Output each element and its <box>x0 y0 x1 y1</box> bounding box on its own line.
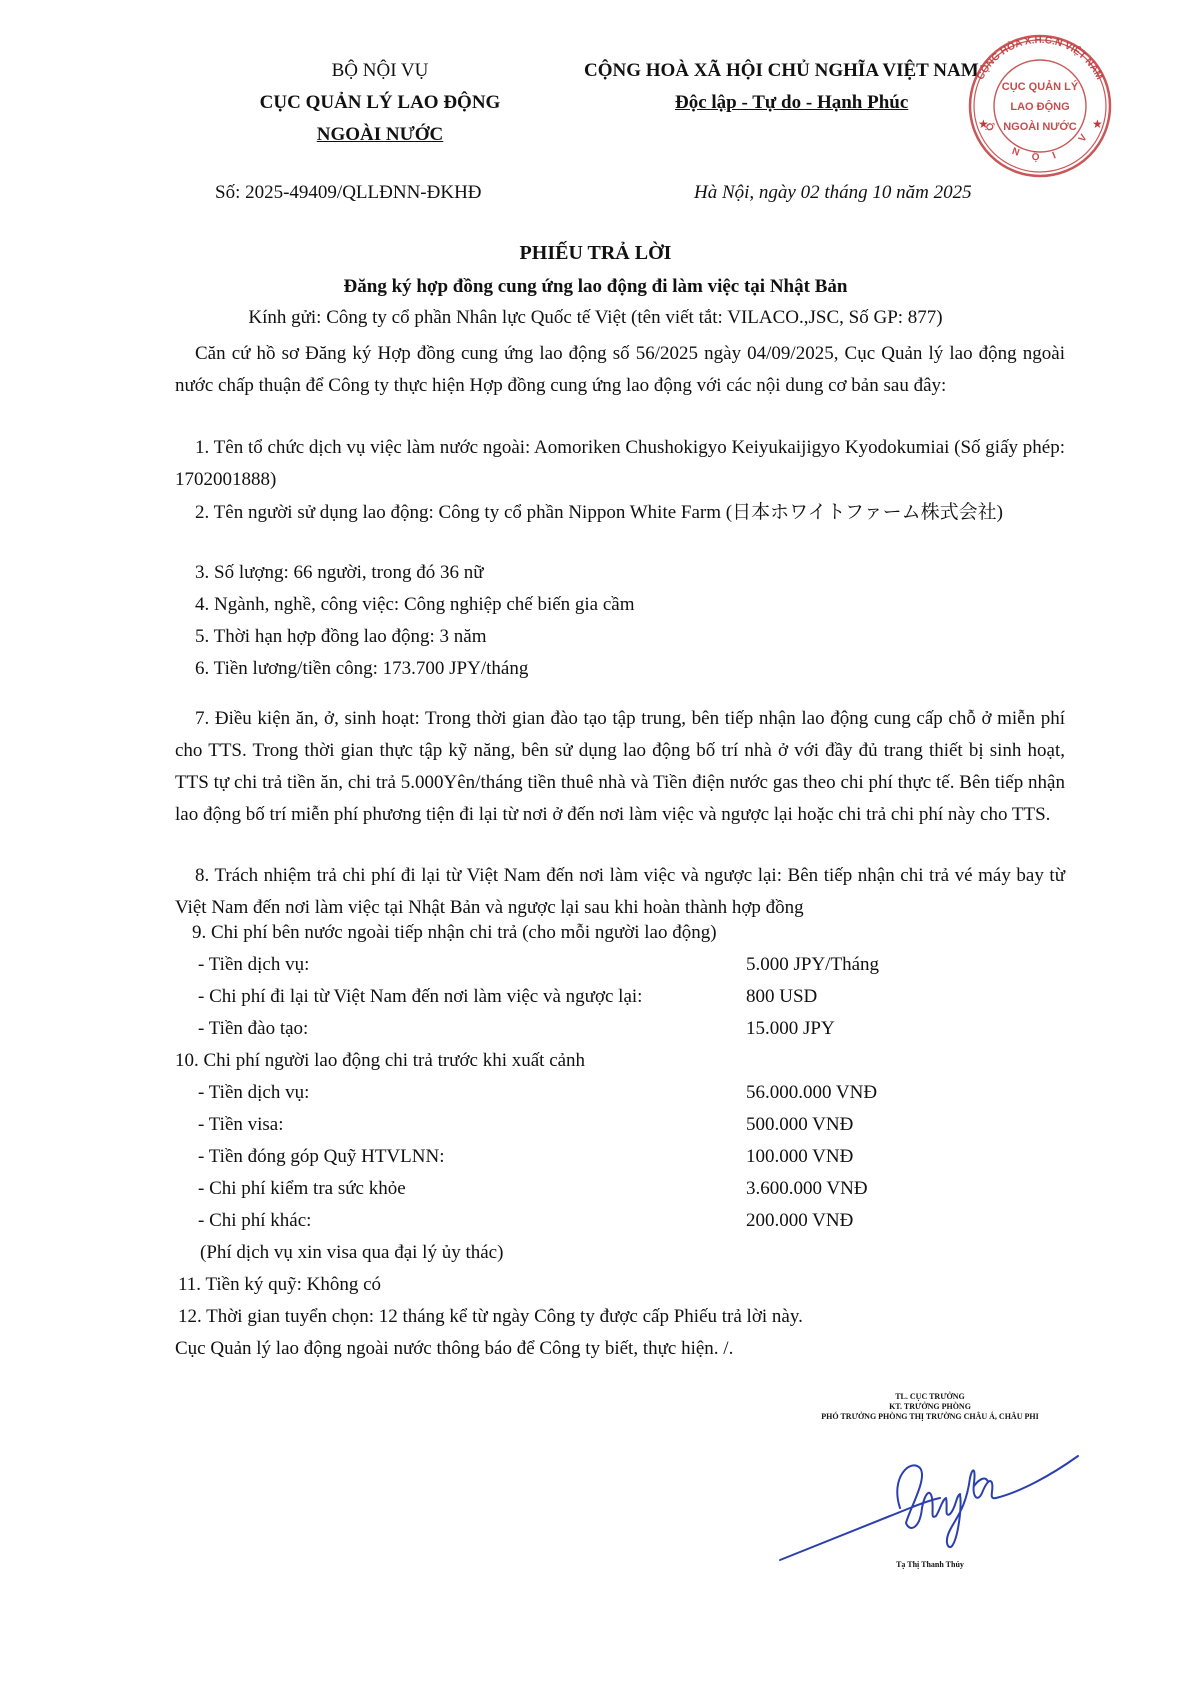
cost-label: - Chi phí khác: <box>198 1210 311 1232</box>
signature-scribble-icon <box>760 1438 1080 1568</box>
document-date: Hà Nội, ngày 02 tháng 10 năm 2025 <box>694 182 972 204</box>
document-title: PHIẾU TRẢ LỜI <box>0 242 1191 265</box>
item-10-heading: 10. Chi phí người lao động chi trả trước… <box>175 1050 585 1072</box>
cost-value: 800 USD <box>746 986 817 1008</box>
cost-value: 56.000.000 VNĐ <box>746 1082 877 1104</box>
item-1-foreign-organization: 1. Tên tổ chức dịch vụ việc làm nước ngo… <box>175 432 1065 496</box>
item-12-selection-period: 12. Thời gian tuyển chọn: 12 tháng kể từ… <box>178 1306 803 1328</box>
national-motto: Độc lập - Tự do - Hạnh Phúc <box>675 92 908 114</box>
item-7-living-conditions: 7. Điều kiện ăn, ở, sinh hoạt: Trong thờ… <box>175 703 1065 831</box>
item-6-salary: 6. Tiền lương/tiền công: 173.700 JPY/thá… <box>195 658 528 680</box>
department-name-line1: CỤC QUẢN LÝ LAO ĐỘNG <box>190 92 570 114</box>
svg-text:★: ★ <box>978 117 989 131</box>
country-name: CỘNG HOÀ XÃ HỘI CHỦ NGHĨA VIỆT NAM <box>584 60 979 82</box>
cost-label: - Chi phí đi lại từ Việt Nam đến nơi làm… <box>198 986 642 1008</box>
cost-label: - Tiền đóng góp Quỹ HTVLNN: <box>198 1146 444 1168</box>
svg-text:CỤC QUẢN LÝ: CỤC QUẢN LÝ <box>1002 80 1079 93</box>
svg-text:NGOÀI NƯỚC: NGOÀI NƯỚC <box>1003 120 1077 133</box>
cost-value: 500.000 VNĐ <box>746 1114 853 1136</box>
signature-title-line2: KT. TRƯỞNG PHÒNG <box>780 1402 1080 1411</box>
cost-value: 200.000 VNĐ <box>746 1210 853 1232</box>
svg-text:★: ★ <box>1092 117 1103 131</box>
recipient-line: Kính gửi: Công ty cổ phần Nhân lực Quốc … <box>0 307 1191 329</box>
official-stamp: CỘNG HÒA X.H.C.N VIỆT NAM CỤC QUẢN LÝ LA… <box>955 28 1125 178</box>
cost-label: - Tiền đào tạo: <box>198 1018 308 1040</box>
cost-label: - Tiền dịch vụ: <box>198 954 309 976</box>
intro-paragraph: Căn cứ hồ sơ Đăng ký Hợp đồng cung ứng l… <box>175 338 1065 402</box>
signature-title-line3: PHÓ TRƯỞNG PHÒNG THỊ TRƯỜNG CHÂU Á, CHÂU… <box>780 1412 1080 1421</box>
signature-title-line1: TL. CỤC TRƯỞNG <box>780 1392 1080 1401</box>
signer-name: Tạ Thị Thanh Thúy <box>780 1560 1080 1569</box>
cost-label: - Tiền visa: <box>198 1114 284 1136</box>
document-subtitle: Đăng ký hợp đồng cung ứng lao động đi là… <box>0 276 1191 298</box>
handwritten-signature <box>760 1438 1080 1568</box>
stamp-seal-icon: CỘNG HÒA X.H.C.N VIỆT NAM CỤC QUẢN LÝ LA… <box>955 28 1125 178</box>
cost-value: 5.000 JPY/Tháng <box>746 954 879 976</box>
item-10-note: (Phí dịch vụ xin visa qua đại lý ủy thác… <box>200 1242 503 1264</box>
item-5-contract-duration: 5. Thời hạn hợp đồng lao động: 3 năm <box>195 626 487 648</box>
item-3-quantity: 3. Số lượng: 66 người, trong đó 36 nữ <box>195 562 484 584</box>
closing-statement: Cục Quản lý lao động ngoài nước thông bá… <box>175 1338 733 1360</box>
cost-value: 3.600.000 VNĐ <box>746 1178 868 1200</box>
cost-value: 15.000 JPY <box>746 1018 835 1040</box>
item-11-deposit: 11. Tiền ký quỹ: Không có <box>178 1274 381 1296</box>
document-number: Số: 2025-49409/QLLĐNN-ĐKHĐ <box>215 182 482 204</box>
department-name-line2: NGOÀI NƯỚC <box>230 124 530 146</box>
svg-text:LAO ĐỘNG: LAO ĐỘNG <box>1010 100 1069 113</box>
item-4-industry: 4. Ngành, nghề, công việc: Công nghiệp c… <box>195 594 635 616</box>
item-8-travel-responsibility: 8. Trách nhiệm trả chi phí đi lại từ Việ… <box>175 860 1065 924</box>
item-9-heading: 9. Chi phí bên nước ngoài tiếp nhận chi … <box>192 922 717 944</box>
cost-label: - Tiền dịch vụ: <box>198 1082 309 1104</box>
ministry-name: BỘ NỘI VỤ <box>230 60 530 82</box>
cost-value: 100.000 VNĐ <box>746 1146 853 1168</box>
item-2-employer: 2. Tên người sử dụng lao động: Công ty c… <box>175 497 1065 529</box>
cost-label: - Chi phí kiểm tra sức khỏe <box>198 1178 406 1200</box>
svg-text:CỘNG HÒA X.H.C.N VIỆT NAM: CỘNG HÒA X.H.C.N VIỆT NAM <box>975 35 1105 82</box>
